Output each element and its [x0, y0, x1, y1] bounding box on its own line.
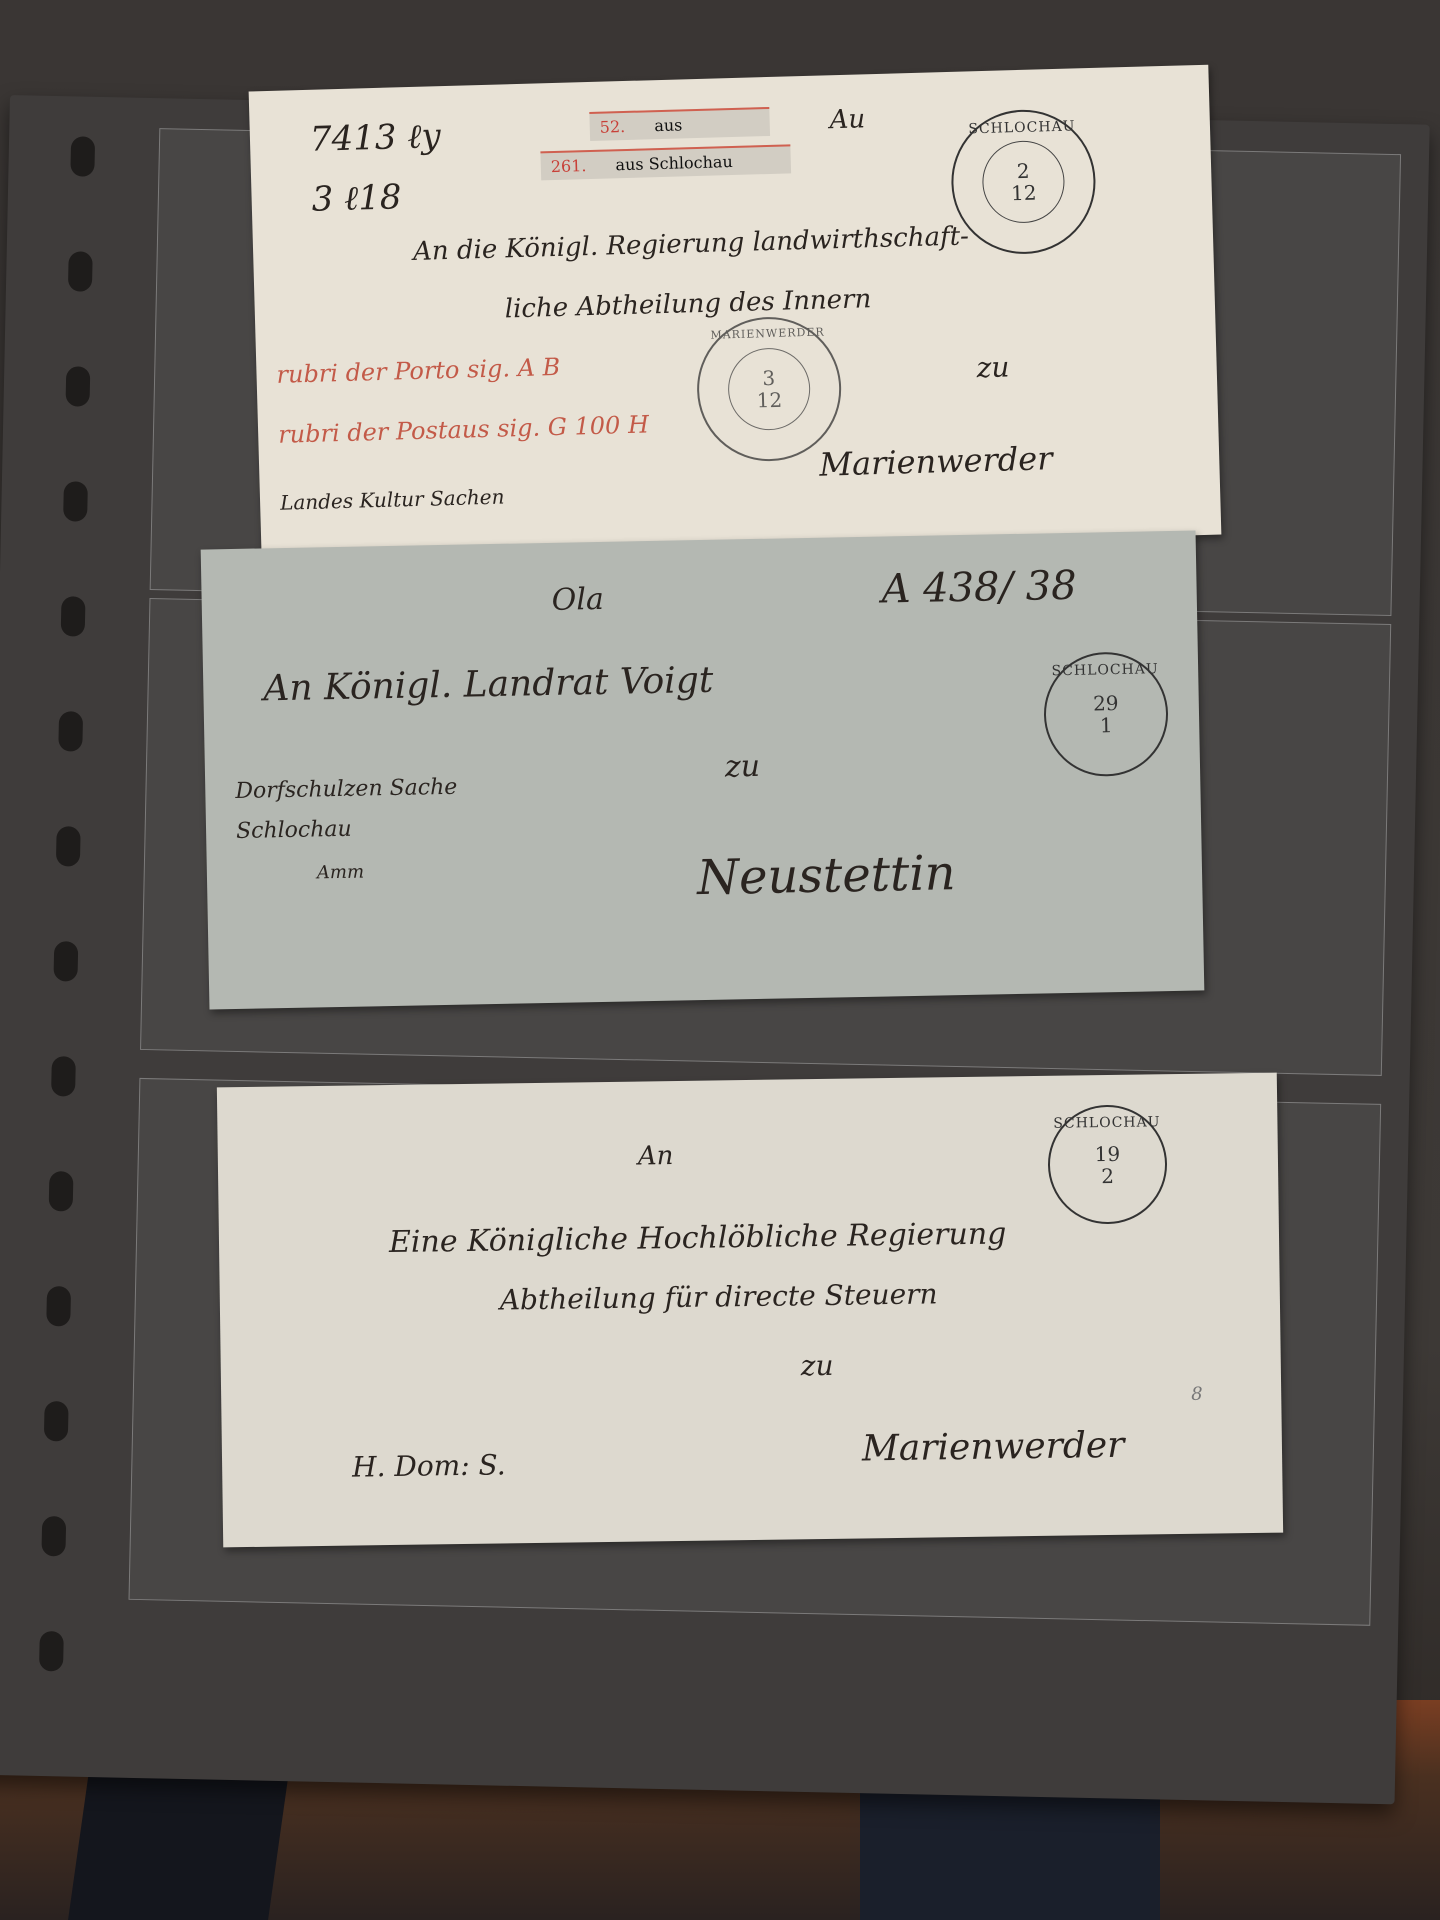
sender-note: H. Dom: S. [352, 1448, 506, 1483]
binder-hole [53, 941, 78, 981]
binder-hole [44, 1401, 69, 1441]
red-ink-note: rubri der Postaus sig. G 100 H [278, 410, 649, 448]
postmark-month: 1 [1100, 713, 1113, 737]
handwriting: 3 ℓ18 [311, 177, 402, 219]
handwriting: zu [801, 1349, 834, 1382]
binder-hole [61, 596, 86, 636]
postmark: SCHLOCHAU 291 [1043, 651, 1169, 777]
postmark-town: SCHLOCHAU [952, 118, 1092, 138]
cover-1: 52. aus 261. aus Schlochau 7413 ℓy 3 ℓ18… [249, 65, 1222, 562]
handwriting: An [638, 1141, 674, 1171]
binder-hole [63, 481, 88, 521]
reference-number: A 438/ 38 [881, 563, 1077, 613]
postmark: SCHLOCHAU 212 [949, 108, 1097, 256]
postmark-town: SCHLOCHAU [1045, 661, 1165, 679]
address-line: liche Abtheilung des Innern [504, 284, 871, 324]
address-line: Eine Königliche Hochlöbliche Regierung [389, 1216, 1007, 1260]
binder-hole [65, 366, 90, 406]
pencil-note: 8 [1191, 1384, 1203, 1405]
person-leg-right [860, 1780, 1160, 1920]
handwriting: 7413 ℓy [309, 116, 441, 160]
cover-2: Ola A 438/ 38 An Königl. Landrat Voigt z… [201, 530, 1205, 1009]
label-text: aus Schlochau [615, 152, 733, 174]
binder-hole [46, 1286, 71, 1326]
binder-hole [70, 136, 95, 176]
binder-hole [51, 1056, 76, 1096]
binder-hole [58, 711, 83, 751]
handwriting: Au [829, 104, 865, 135]
postmark-day: 29 [1093, 691, 1119, 715]
binder-hole [41, 1516, 66, 1556]
handwriting: zu [725, 749, 761, 785]
cover-3: An Eine Königliche Hochlöbliche Regierun… [217, 1073, 1283, 1548]
red-ink-note: rubri der Porto sig. A B [276, 353, 560, 389]
handwriting: Ola [551, 582, 604, 618]
postmark-day: 19 [1094, 1141, 1120, 1165]
postmark-month: 2 [1101, 1163, 1114, 1187]
destination: Marienwerder [862, 1425, 1125, 1470]
binder-hole [39, 1631, 64, 1671]
label-number: 261. [551, 156, 587, 176]
sender-note: Amm [317, 862, 365, 884]
binder-hole [68, 251, 93, 291]
postmark: SCHLOCHAU 192 [1047, 1104, 1168, 1225]
label-number: 52. [599, 117, 625, 137]
address-line: An die Königl. Regierung landwirthschaft… [413, 221, 969, 267]
destination: Marienwerder [819, 439, 1053, 483]
address-line: An Königl. Landrat Voigt [263, 660, 714, 710]
handwriting: Landes Kultur Sachen [280, 485, 505, 515]
binder-hole [49, 1171, 74, 1211]
binder-hole [56, 826, 81, 866]
registration-label: 261. aus Schlochau [540, 144, 791, 180]
sender-note: Schlochau [236, 817, 352, 844]
postmark: MARIENWERDER 312 [695, 315, 843, 463]
label-text: aus [654, 115, 683, 135]
registration-label: 52. aus [589, 107, 770, 141]
sender-note: Dorfschulzen Sache [235, 775, 457, 804]
postmark-town: MARIENWERDER [697, 325, 837, 342]
handwriting: zu [976, 350, 1010, 384]
destination: Neustettin [697, 845, 957, 906]
postmark-town: SCHLOCHAU [1049, 1114, 1164, 1132]
address-line: Abtheilung für directe Steuern [500, 1277, 938, 1316]
